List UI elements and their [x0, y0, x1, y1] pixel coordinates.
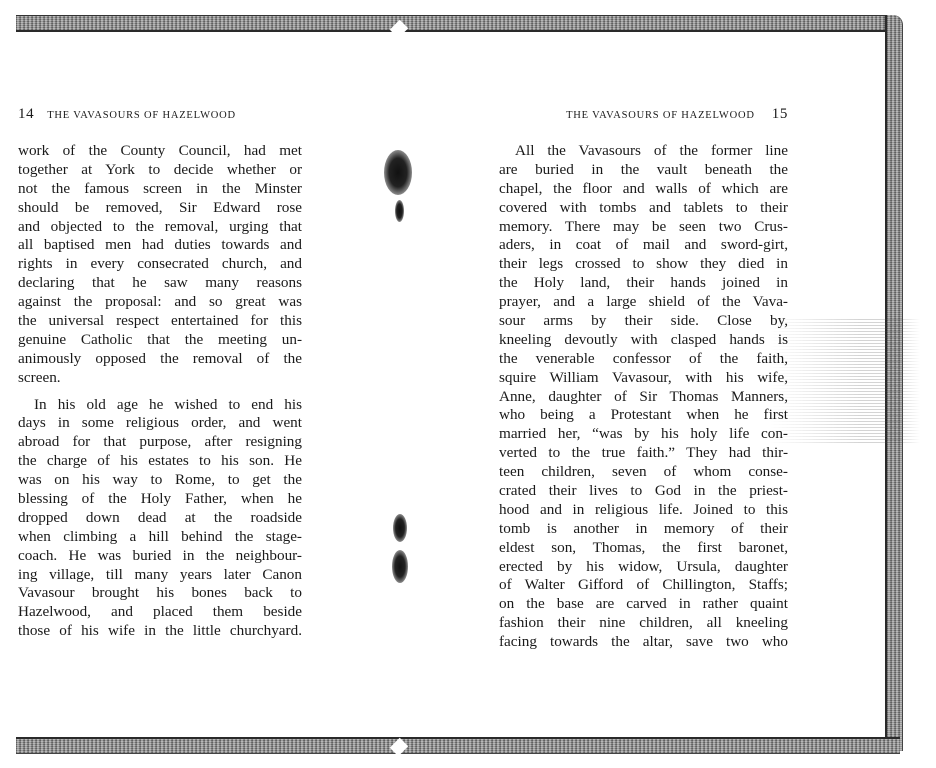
text-line: work of the County Council, had met [18, 142, 302, 161]
running-head-right: THE VAVASOURS OF HAZELWOOD 15 [499, 106, 788, 128]
scan-edge-bottom [16, 737, 900, 754]
scan-edge-top [16, 15, 900, 32]
text-line: ing village, till many years later Canon [18, 566, 302, 585]
text-line: crated their lives to God in the priest- [499, 482, 788, 501]
binding-hole-icon [393, 514, 407, 542]
text-line: tomb is another in memory of their [499, 520, 788, 539]
paragraph: All the Vavasours of the former lineare … [499, 142, 788, 652]
text-line: days in some religious order, and went [18, 414, 302, 433]
text-line: teen children, seven of whom conse- [499, 463, 788, 482]
running-title: THE VAVASOURS OF HAZELWOOD [47, 110, 236, 121]
text-line: should be removed, Sir Edward rose [18, 199, 302, 218]
paragraph: In his old age he wished to end hisdays … [18, 396, 302, 642]
text-line: covered with tombs and tablets to their [499, 199, 788, 218]
text-line: when climbing a hill behind the stage- [18, 528, 302, 547]
text-line: coach. He was buried in the neighbour- [18, 547, 302, 566]
text-line: married her, “was by his holy life con- [499, 425, 788, 444]
text-line: the universal respect entertained for th… [18, 312, 302, 331]
running-title: THE VAVASOURS OF HAZELWOOD [566, 110, 755, 121]
text-line: facing towards the altar, save two who [499, 633, 788, 652]
binding-hole-icon [392, 550, 408, 583]
text-line: fashion their nine children, all kneelin… [499, 614, 788, 633]
text-line: Anne, daughter of Sir Thomas Manners, [499, 388, 788, 407]
text-line: memory. There may be seen two Crus- [499, 218, 788, 237]
running-head-left: 14 THE VAVASOURS OF HAZELWOOD [18, 106, 302, 128]
text-line: chapel, the floor and walls of which are [499, 180, 788, 199]
text-line: eldest son, Thomas, the first baronet, [499, 539, 788, 558]
text-line: the charge of his estates to his son. He [18, 452, 302, 471]
page-number: 14 [18, 106, 34, 123]
text-line: animously opposed the removal of the [18, 350, 302, 369]
paragraph-gap [18, 388, 302, 396]
text-line: dropped down dead at the roadside [18, 509, 302, 528]
text-line: rights in every consecrated church, and [18, 255, 302, 274]
text-line: abroad for that purpose, after resigning [18, 433, 302, 452]
text-line: and objected to the removal, urging that [18, 218, 302, 237]
text-line: prayer, and a large shield of the Vava- [499, 293, 788, 312]
text-line: genuine Catholic that the meeting un- [18, 331, 302, 350]
text-line: In his old age he wished to end his [18, 396, 302, 415]
text-line: their legs crossed to show they died in [499, 255, 788, 274]
scan-bleed-artifact [770, 318, 920, 443]
text-line: hood and in religious life. Joined to th… [499, 501, 788, 520]
text-line: are buried in the vault beneath the [499, 161, 788, 180]
text-line: on the base are carved in rather quaint [499, 595, 788, 614]
binding-hole-icon [384, 150, 412, 195]
text-line: of Walter Gifford of Chillington, Staffs… [499, 576, 788, 595]
text-line: declaring that he saw many reasons [18, 274, 302, 293]
text-line: verted to the true faith.” They had thir… [499, 444, 788, 463]
text-line: Vavasour brought his bones back to [18, 584, 302, 603]
text-line: the Holy land, their hands joined in [499, 274, 788, 293]
binding-hole-icon [395, 200, 404, 222]
page-number: 15 [772, 106, 788, 123]
text-line: the venerable confessor of the faith, [499, 350, 788, 369]
text-line: kneeling devoutly with clasped hands is [499, 331, 788, 350]
text-line: together at York to decide whether or [18, 161, 302, 180]
text-line: aders, in coat of mail and sword-girt, [499, 236, 788, 255]
page-body-text: work of the County Council, had mettoget… [18, 142, 302, 641]
text-line: those of his wife in the little churchya… [18, 622, 302, 641]
text-line: All the Vavasours of the former line [499, 142, 788, 161]
text-line: erected by his widow, Ursula, daughter [499, 558, 788, 577]
text-line: all baptised men had duties towards and [18, 236, 302, 255]
text-line: was on his way to Rome, to get the [18, 471, 302, 490]
right-page: THE VAVASOURS OF HAZELWOOD 15 All the Va… [499, 106, 788, 652]
text-line: squire William Vavasour, with his wife, [499, 369, 788, 388]
page-body-text: All the Vavasours of the former lineare … [499, 142, 788, 652]
text-line: sour arms by their side. Close by, [499, 312, 788, 331]
text-line: blessing of the Holy Father, when he [18, 490, 302, 509]
text-line: who being a Protestant when he first [499, 406, 788, 425]
text-line: Hazelwood, and placed them beside [18, 603, 302, 622]
left-page: 14 THE VAVASOURS OF HAZELWOOD work of th… [18, 106, 302, 641]
text-line: screen. [18, 369, 302, 388]
text-line: not the famous screen in the Minster [18, 180, 302, 199]
text-line: against the proposal: and so great was [18, 293, 302, 312]
paragraph: work of the County Council, had mettoget… [18, 142, 302, 388]
